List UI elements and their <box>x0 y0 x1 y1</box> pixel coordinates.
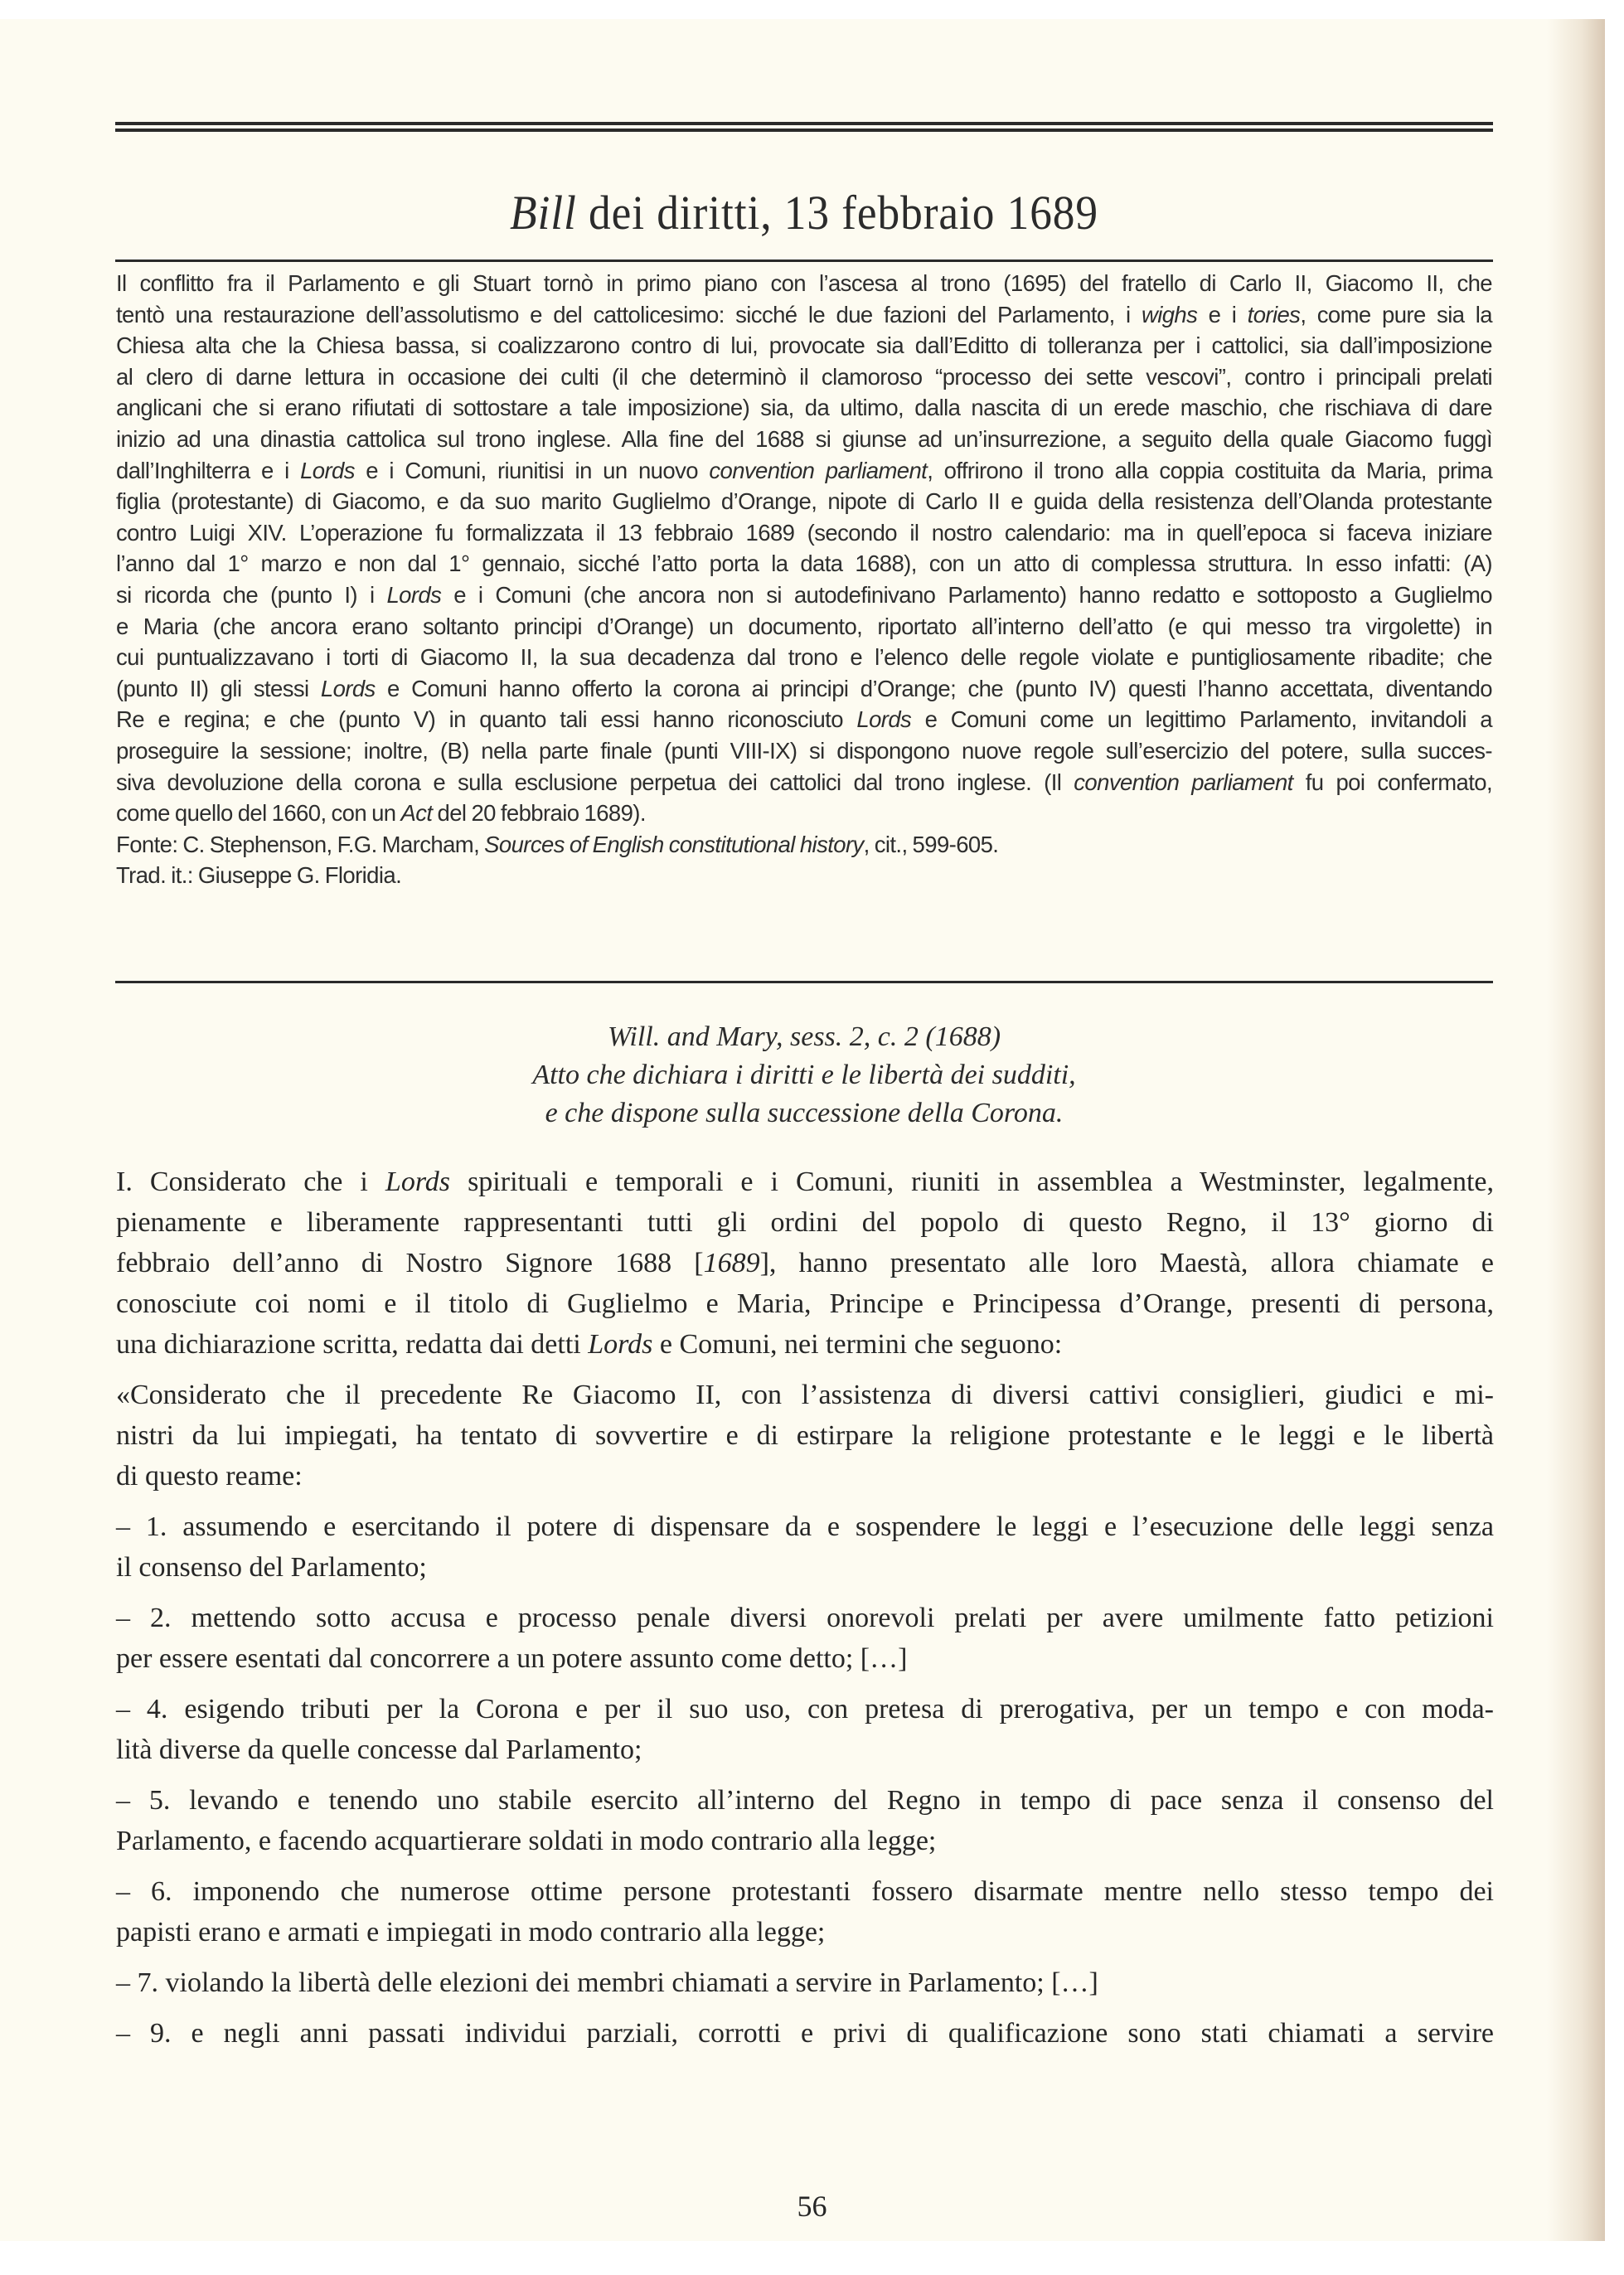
intro-note: Il conflitto fra il Parlamento e gli Stu… <box>116 268 1492 891</box>
text-run: – 1. assumendo e esercitando il potere d… <box>116 1511 1494 1542</box>
intro-line: inizio ad una dinastia cattolica sul tro… <box>116 424 1492 455</box>
italic-text: Lords <box>856 706 911 732</box>
title-italic-part: Bill <box>510 186 577 240</box>
intro-line: dall’Inghilterra e i Lords e i Comuni, r… <box>116 455 1492 487</box>
text-run: si ricorda che (punto I) i <box>116 582 386 608</box>
act-title-line-1: Atto che dichiara i diritti e le libertà… <box>115 1056 1493 1094</box>
act-line: il consenso del Parlamento; <box>116 1547 1494 1588</box>
text-run: «Considerato che il precedente Re Giacom… <box>116 1380 1494 1410</box>
act-line: – 4. esigendo tributi per la Corona e pe… <box>116 1689 1494 1729</box>
act-paragraph: – 4. esigendo tributi per la Corona e pe… <box>116 1689 1494 1770</box>
act-line: conosciute coi nomi e il titolo di Gugli… <box>116 1283 1494 1324</box>
act-title-line-2: e che dispone sulla successione della Co… <box>115 1094 1493 1133</box>
text-run: Il conflitto fra il Parlamento e gli Stu… <box>116 270 1492 296</box>
text-run: cui puntualizzavano i torti di Giacomo I… <box>116 644 1492 670</box>
intro-line: Trad. it.: Giuseppe G. Floridia. <box>116 860 1492 891</box>
act-line: – 7. violando la libertà delle elezioni … <box>116 1962 1494 2003</box>
intro-end-rule <box>115 981 1493 983</box>
intro-line: Chiesa alta che la Chiesa bassa, si coal… <box>116 330 1492 361</box>
act-line: di questo reame: <box>116 1456 1494 1496</box>
act-body: I. Considerato che i Lords spirituali e … <box>116 1162 1494 2064</box>
text-run: fu poi confermato, <box>1293 769 1492 795</box>
text-run: di questo reame: <box>116 1461 303 1492</box>
text-run: e Maria (che ancora erano soltanto princ… <box>116 614 1492 639</box>
act-paragraph: – 7. violando la libertà delle elezioni … <box>116 1962 1494 2003</box>
intro-line: figlia (protestante) di Giacomo, e da su… <box>116 486 1492 517</box>
italic-text: Lords <box>386 582 441 608</box>
italic-text: wighs <box>1142 302 1197 327</box>
italic-text: Lords <box>321 676 376 701</box>
act-line: – 1. assumendo e esercitando il potere d… <box>116 1506 1494 1547</box>
text-run: nistri da lui impiegati, ha tentato di s… <box>116 1420 1494 1451</box>
italic-text: convention parliament <box>1074 769 1292 795</box>
act-paragraph: – 5. levando e tenendo uno stabile eserc… <box>116 1780 1494 1861</box>
text-run: e i Comuni, riunitisi in un nuovo <box>355 458 709 483</box>
text-run: e i <box>1197 302 1247 327</box>
intro-line: anglicani che si erano rifiutati di sott… <box>116 392 1492 424</box>
text-run: , come pure sia la <box>1300 302 1492 327</box>
act-line: – 2. mettendo sotto accusa e processo pe… <box>116 1598 1494 1638</box>
act-line: una dichiarazione scritta, redatta dai d… <box>116 1324 1494 1365</box>
text-run: – 6. imponendo che numerose ottime perso… <box>116 1876 1494 1907</box>
intro-line: Il conflitto fra il Parlamento e gli Stu… <box>116 268 1492 299</box>
intro-line: cui puntualizzavano i torti di Giacomo I… <box>116 642 1492 673</box>
italic-text: Lords <box>588 1329 652 1360</box>
intro-line: proseguire la sessione; inoltre, (B) nel… <box>116 735 1492 767</box>
text-run: – 9. e negli anni passati individui parz… <box>116 2018 1494 2049</box>
text-run: e Comuni hanno offerto la corona ai prin… <box>376 676 1492 701</box>
act-line: – 6. imponendo che numerose ottime perso… <box>116 1871 1494 1912</box>
title-rest: dei diritti, 13 febbraio 1689 <box>577 186 1098 240</box>
text-run: del 20 febbraio 1689). <box>432 800 645 826</box>
header-double-rule-top <box>115 122 1493 125</box>
text-run: inizio ad una dinastia cattolica sul tro… <box>116 426 1492 452</box>
act-header: Will. and Mary, sess. 2, c. 2 (1688) Att… <box>115 1018 1493 1133</box>
intro-line: tentò una restaurazione dell’assolutismo… <box>116 299 1492 331</box>
intro-line: e Maria (che ancora erano soltanto princ… <box>116 611 1492 643</box>
act-line: Parlamento, e facendo acquartierare sold… <box>116 1821 1494 1861</box>
text-run: una dichiarazione scritta, redatta dai d… <box>116 1329 588 1360</box>
header-double-rule-bottom <box>115 129 1493 132</box>
act-line: per essere esentati dal concorrere a un … <box>116 1638 1494 1679</box>
text-run: , offrirono il trono alla coppia costitu… <box>927 458 1492 483</box>
text-run: febbraio dell’anno di Nostro Signore 168… <box>116 1248 704 1278</box>
text-run: per essere esentati dal concorrere a un … <box>116 1643 907 1674</box>
text-run: come quello del 1660, con un <box>116 800 401 826</box>
intro-line: (punto II) gli stessi Lords e Comuni han… <box>116 673 1492 705</box>
page-number: 56 <box>0 2189 1624 2224</box>
text-run: Re e regina; e che (punto V) in quanto t… <box>116 706 856 732</box>
act-paragraph: – 1. assumendo e esercitando il potere d… <box>116 1506 1494 1588</box>
act-citation: Will. and Mary, sess. 2, c. 2 (1688) <box>115 1018 1493 1056</box>
intro-line: Fonte: C. Stephenson, F.G. Marcham, Sour… <box>116 829 1492 861</box>
text-run: anglicani che si erano rifiutati di sott… <box>116 395 1492 420</box>
intro-line: l’anno dal 1° marzo e non dal 1° gennaio… <box>116 548 1492 580</box>
italic-text: Sources of English constitutional histor… <box>484 832 863 857</box>
intro-line: come quello del 1660, con un Act del 20 … <box>116 798 1492 829</box>
act-line: pienamente e liberamente rappresentanti … <box>116 1202 1494 1243</box>
act-line: papisti erano e armati e impiegati in mo… <box>116 1912 1494 1952</box>
text-run: al clero di darne lettura in occasione d… <box>116 364 1492 390</box>
italic-text: 1689 <box>704 1248 760 1278</box>
text-run: – 5. levando e tenendo uno stabile eserc… <box>116 1785 1494 1816</box>
act-paragraph: – 6. imponendo che numerose ottime perso… <box>116 1871 1494 1952</box>
text-run: e i Comuni (che ancora non si autodefini… <box>441 582 1492 608</box>
act-paragraph: «Considerato che il precedente Re Giacom… <box>116 1375 1494 1496</box>
text-run: dall’Inghilterra e i <box>116 458 300 483</box>
text-run: figlia (protestante) di Giacomo, e da su… <box>116 488 1492 514</box>
text-run: conosciute coi nomi e il titolo di Gugli… <box>116 1288 1494 1319</box>
text-run: ], hanno presentato alle loro Maestà, al… <box>760 1248 1494 1278</box>
italic-text: Lords <box>385 1167 450 1197</box>
text-run: l’anno dal 1° marzo e non dal 1° gennaio… <box>116 551 1492 576</box>
text-run: il consenso del Parlamento; <box>116 1552 427 1583</box>
page-gutter-shadow <box>1547 19 1605 2241</box>
text-run: I. Considerato che i <box>116 1167 385 1197</box>
text-run: – 7. violando la libertà delle elezioni … <box>116 1967 1098 1998</box>
book-page: Bill dei diritti, 13 febbraio 1689 Il co… <box>0 19 1605 2241</box>
act-line: – 9. e negli anni passati individui parz… <box>116 2013 1494 2054</box>
act-paragraph: – 2. mettendo sotto accusa e processo pe… <box>116 1598 1494 1679</box>
text-run: pienamente e liberamente rappresentanti … <box>116 1207 1494 1238</box>
text-run: e Comuni, nei termini che seguono: <box>652 1329 1062 1360</box>
text-run: papisti erano e armati e impiegati in mo… <box>116 1917 825 1948</box>
page-title: Bill dei diritti, 13 febbraio 1689 <box>170 185 1437 240</box>
act-line: I. Considerato che i Lords spirituali e … <box>116 1162 1494 1202</box>
text-run: tentò una restaurazione dell’assolutismo… <box>116 302 1142 327</box>
italic-text: Lords <box>300 458 355 483</box>
text-run: proseguire la sessione; inoltre, (B) nel… <box>116 738 1492 764</box>
text-run: Parlamento, e facendo acquartierare sold… <box>116 1826 936 1856</box>
text-run: contro Luigi XIV. L’operazione fu formal… <box>116 520 1492 546</box>
text-run: siva devoluzione della corona e sulla es… <box>116 769 1074 795</box>
text-run: , cit., 599-605. <box>864 832 999 857</box>
text-run: e Comuni come un legittimo Parlamento, i… <box>911 706 1492 732</box>
intro-line: siva devoluzione della corona e sulla es… <box>116 767 1492 798</box>
italic-text: Act <box>401 800 433 826</box>
act-line: nistri da lui impiegati, ha tentato di s… <box>116 1415 1494 1456</box>
text-run: Chiesa alta che la Chiesa bassa, si coal… <box>116 332 1492 358</box>
text-run: Trad. it.: Giuseppe G. Floridia. <box>116 862 401 888</box>
intro-line: si ricorda che (punto I) i Lords e i Com… <box>116 580 1492 611</box>
act-line: febbraio dell’anno di Nostro Signore 168… <box>116 1243 1494 1283</box>
text-run: – 4. esigendo tributi per la Corona e pe… <box>116 1694 1494 1724</box>
text-run: – 2. mettendo sotto accusa e processo pe… <box>116 1603 1494 1633</box>
intro-line: al clero di darne lettura in occasione d… <box>116 361 1492 393</box>
act-paragraph: – 9. e negli anni passati individui parz… <box>116 2013 1494 2054</box>
italic-text: convention parliament <box>709 458 927 483</box>
intro-line: Re e regina; e che (punto V) in quanto t… <box>116 704 1492 735</box>
text-run: Fonte: C. Stephenson, F.G. Marcham, <box>116 832 484 857</box>
act-line: lità diverse da quelle concesse dal Parl… <box>116 1729 1494 1770</box>
title-rule <box>115 260 1493 262</box>
text-run: spirituali e temporali e i Comuni, riuni… <box>450 1167 1494 1197</box>
act-line: «Considerato che il precedente Re Giacom… <box>116 1375 1494 1415</box>
text-run: (punto II) gli stessi <box>116 676 321 701</box>
italic-text: tories <box>1248 302 1301 327</box>
act-line: – 5. levando e tenendo uno stabile eserc… <box>116 1780 1494 1821</box>
text-run: lità diverse da quelle concesse dal Parl… <box>116 1734 642 1765</box>
act-paragraph: I. Considerato che i Lords spirituali e … <box>116 1162 1494 1365</box>
intro-line: contro Luigi XIV. L’operazione fu formal… <box>116 517 1492 549</box>
